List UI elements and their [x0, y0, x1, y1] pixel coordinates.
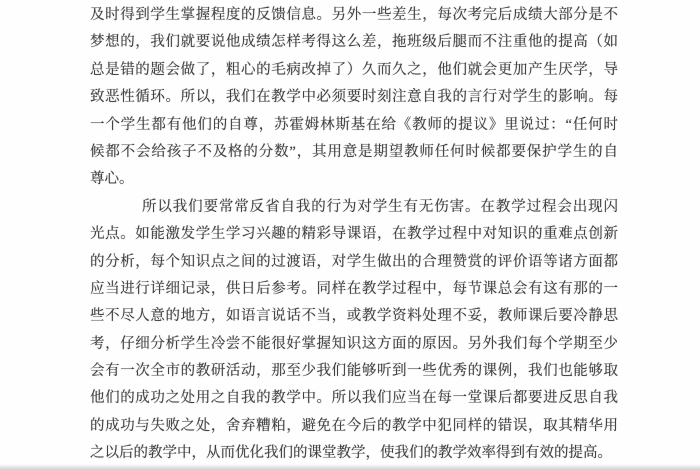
- text-line: 梦想的，我们就要说他成绩怎样考得这么差，拖班级后腿而不注重他的提高（如: [90, 29, 618, 56]
- text-line: 考，仔细分析学生冷尝不能很好掌握知识这方面的原因。另外我们每个学期至少: [90, 331, 618, 358]
- scan-edge-artifact: [0, 464, 700, 470]
- text-line: 应当进行详细记录，供日后参考。同样在教学过程中，每节课总会有这有那的一: [90, 276, 618, 303]
- text-line: 致恶性循环。所以，我们在教学中必须要时刻注意自我的言行对学生的影响。每: [90, 84, 618, 111]
- document-page: 及时得到学生掌握程度的反馈信息。另外一些差生，每次考完后成绩大部分是不 梦想的，…: [0, 0, 700, 470]
- text-line: 及时得到学生掌握程度的反馈信息。另外一些差生，每次考完后成绩大部分是不: [90, 2, 618, 29]
- text-line: 一个学生都有他们的自尊，苏霍姆林斯基在给《教师的提议》里说过：“任何时: [90, 112, 618, 139]
- text-line: 些不尽人意的地方，如语言说话不当，或教学资料处理不妥，教师课后要冷静思: [90, 303, 618, 330]
- text-line: 他们的成功之处用之自我的教学中。所以我们应当在每一堂课后都要进反思自我: [90, 385, 618, 412]
- text-line-paragraph-start: 所以我们要常常反省自我的行为对学生有无伤害。在教学过程会出现闪: [90, 194, 618, 221]
- text-line: 总是错的题会做了，粗心的毛病改掉了）久而久之，他们就会更加产生厌学，导: [90, 57, 618, 84]
- text-line: 的成功与失败之处，舍弃糟粕，避免在今后的教学中犯同样的错误，取其精华用: [90, 413, 618, 440]
- text-line-paragraph-end: 尊心。: [90, 166, 618, 193]
- text-line: 的分析，每个知识点之间的过渡语，对学生做出的合理赞赏的评价语等诸方面都: [90, 249, 618, 276]
- text-block: 及时得到学生掌握程度的反馈信息。另外一些差生，每次考完后成绩大部分是不 梦想的，…: [90, 2, 618, 468]
- text-line: 候都不会给孩子不及格的分数”，其用意是期望教师任何时候都要保护学生的自: [90, 139, 618, 166]
- text-line: 会有一次全市的教研活动，那至少我们能够听到一些优秀的课例，我们也能够取: [90, 358, 618, 385]
- text-line: 光点。如能激发学生学习兴趣的精彩导课语，在教学过程中对知识的重难点创新: [90, 221, 618, 248]
